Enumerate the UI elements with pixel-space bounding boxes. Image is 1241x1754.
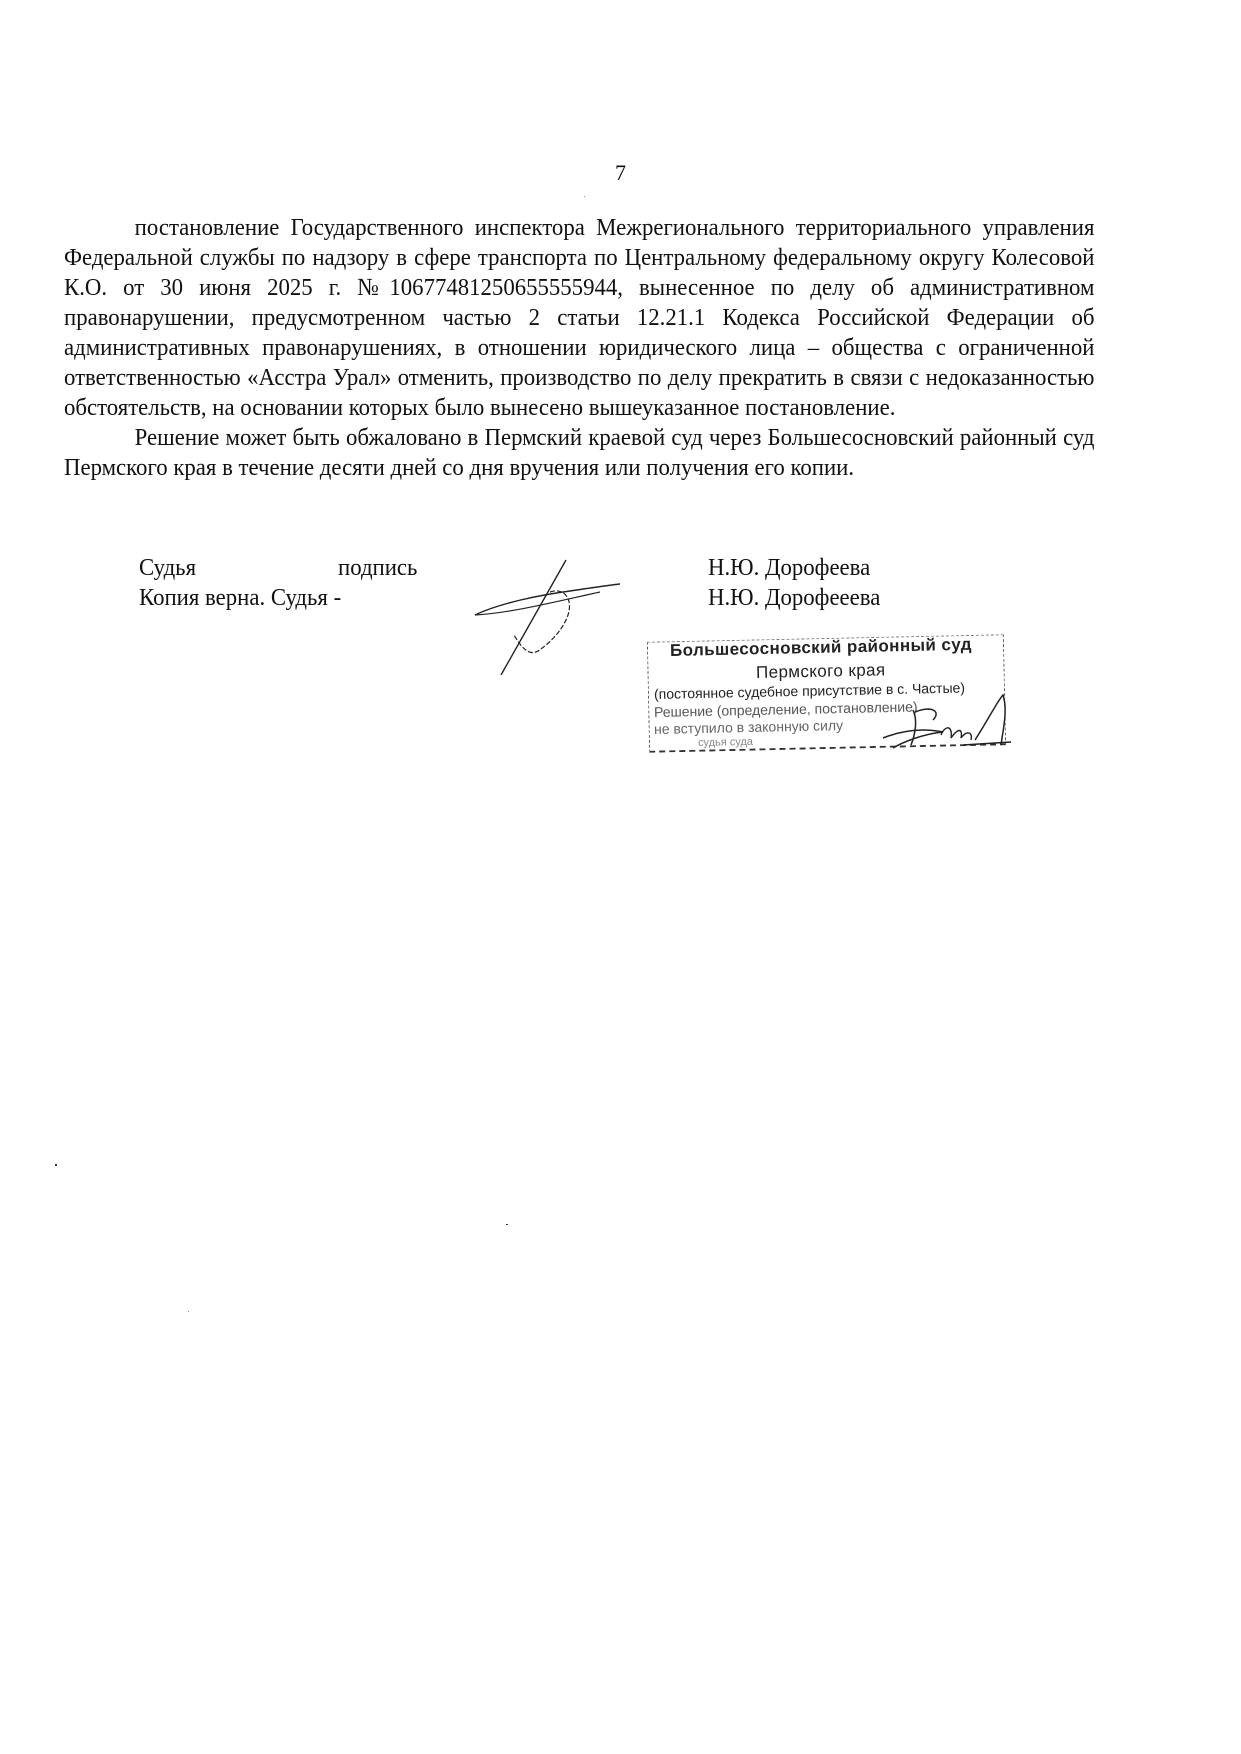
signature-label: подпись [338,553,417,583]
scan-speck [584,196,585,197]
judge-name: Н.Ю. Дорофеева [708,553,880,583]
copy-certified-label: Копия верна. Судья - [139,583,341,613]
ruling-paragraph: постановление Государственного инспектор… [64,213,1094,423]
court-stamp: Большесосновский районный суд Пермского … [648,630,1008,752]
judge-names: Н.Ю. Дорофеева Н.Ю. Дорофееева [708,553,880,613]
page-number: 7 [0,160,1241,186]
scan-speck [188,1311,189,1312]
scan-speck [55,1164,57,1166]
judge-label: Судья [139,553,196,583]
copy-judge-name: Н.Ю. Дорофееева [708,583,880,613]
stamp-signature-icon [863,690,1013,760]
stamp-judge-line: судья суда [698,736,753,749]
document-body: постановление Государственного инспектор… [64,213,1094,483]
stamp-region: Пермского края [756,660,886,683]
appeal-paragraph: Решение может быть обжаловано в Пермский… [64,423,1094,483]
signature-icon [470,555,620,675]
scan-speck [506,1224,508,1225]
